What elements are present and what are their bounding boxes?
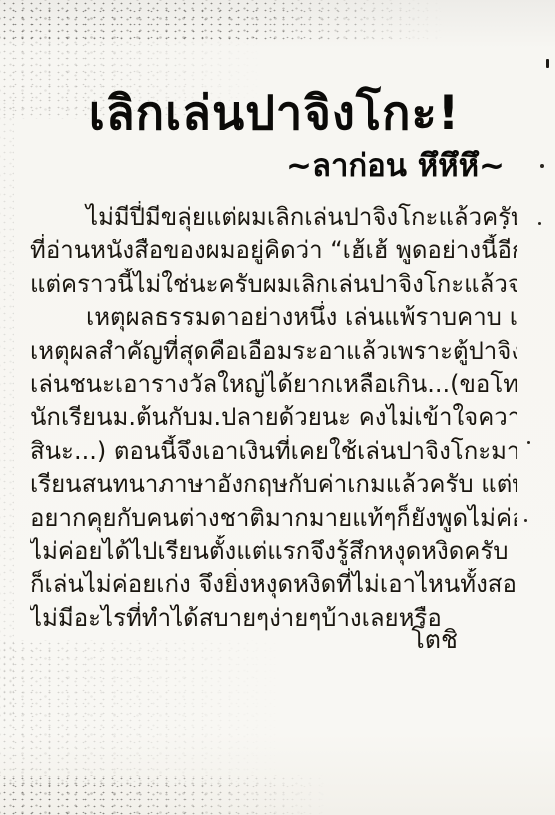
body-line: แต่คราวนี้ไม่ใช่นะครับผมเลิกเล่นปาจิงโกะ… — [30, 268, 517, 301]
body-line: ไม่มีปี่มีขลุ่ยแต่ผมเลิกเล่นปาจิงโกะแล้ว… — [30, 201, 517, 234]
scan-speck — [540, 164, 544, 168]
body-line: เหตุผลสำคัญที่สุดคือเอือมระอาแล้วเพราะตู… — [30, 335, 517, 368]
body-line: เหตุผลธรรมดาอย่างหนึ่ง เล่นแพ้ราบคาบ แต่ — [30, 301, 517, 334]
scan-speck — [546, 59, 549, 68]
scan-noise-bottom-edge — [0, 775, 330, 815]
body-line: อยากคุยกับคนต่างชาติมากมายแท้ๆก็ยังพูดไม… — [30, 502, 517, 535]
scan-speck — [503, 226, 506, 229]
page-title: เลิกเล่นปาจิงโกะ! — [0, 84, 549, 144]
body-line: ไม่ค่อยได้ไปเรียนตั้งแต่แรกจึงรู้สึกหงุด… — [30, 535, 517, 568]
scanned-book-page: เลิกเล่นปาจิงโกะ! ~ลาก่อน หึหึหึ~ ไม่มีป… — [0, 0, 555, 815]
body-line: สินะ...) ตอนนี้จึงเอาเงินที่เคยใช้เล่นปา… — [30, 435, 517, 468]
body-line: เรียนสนทนาภาษาอังกฤษกับค่าเกมแล้วครับ แต… — [30, 468, 517, 501]
scan-noise-bottom-left — [0, 640, 300, 790]
body-line: เล่นชนะเอารางวัลใหญ่ได้ยากเหลือเกิน...(ข… — [30, 368, 517, 401]
page-subtitle: ~ลาก่อน หึหึหึ~ — [0, 147, 505, 185]
signature: โตชิ — [411, 620, 458, 660]
body-line: ก็เล่นไม่ค่อยเก่ง จึงยิ่งหงุดหงิดที่ไม่เ… — [30, 568, 517, 601]
body-text: ไม่มีปี่มีขลุ่ยแต่ผมเลิกเล่นปาจิงโกะแล้ว… — [30, 201, 517, 635]
scan-speck — [524, 519, 527, 522]
body-line: ที่อ่านหนังสือของผมอยู่คิดว่า “เฮ้เฮ้ พู… — [30, 234, 517, 267]
scan-speck — [527, 441, 530, 444]
body-line: นักเรียนม.ต้นกับม.ปลายด้วยนะ คงไม่เข้าใจ… — [30, 401, 517, 434]
scan-noise-top-band — [0, 0, 445, 40]
scan-noise-left-edge — [0, 100, 14, 720]
scan-speck — [538, 222, 541, 225]
